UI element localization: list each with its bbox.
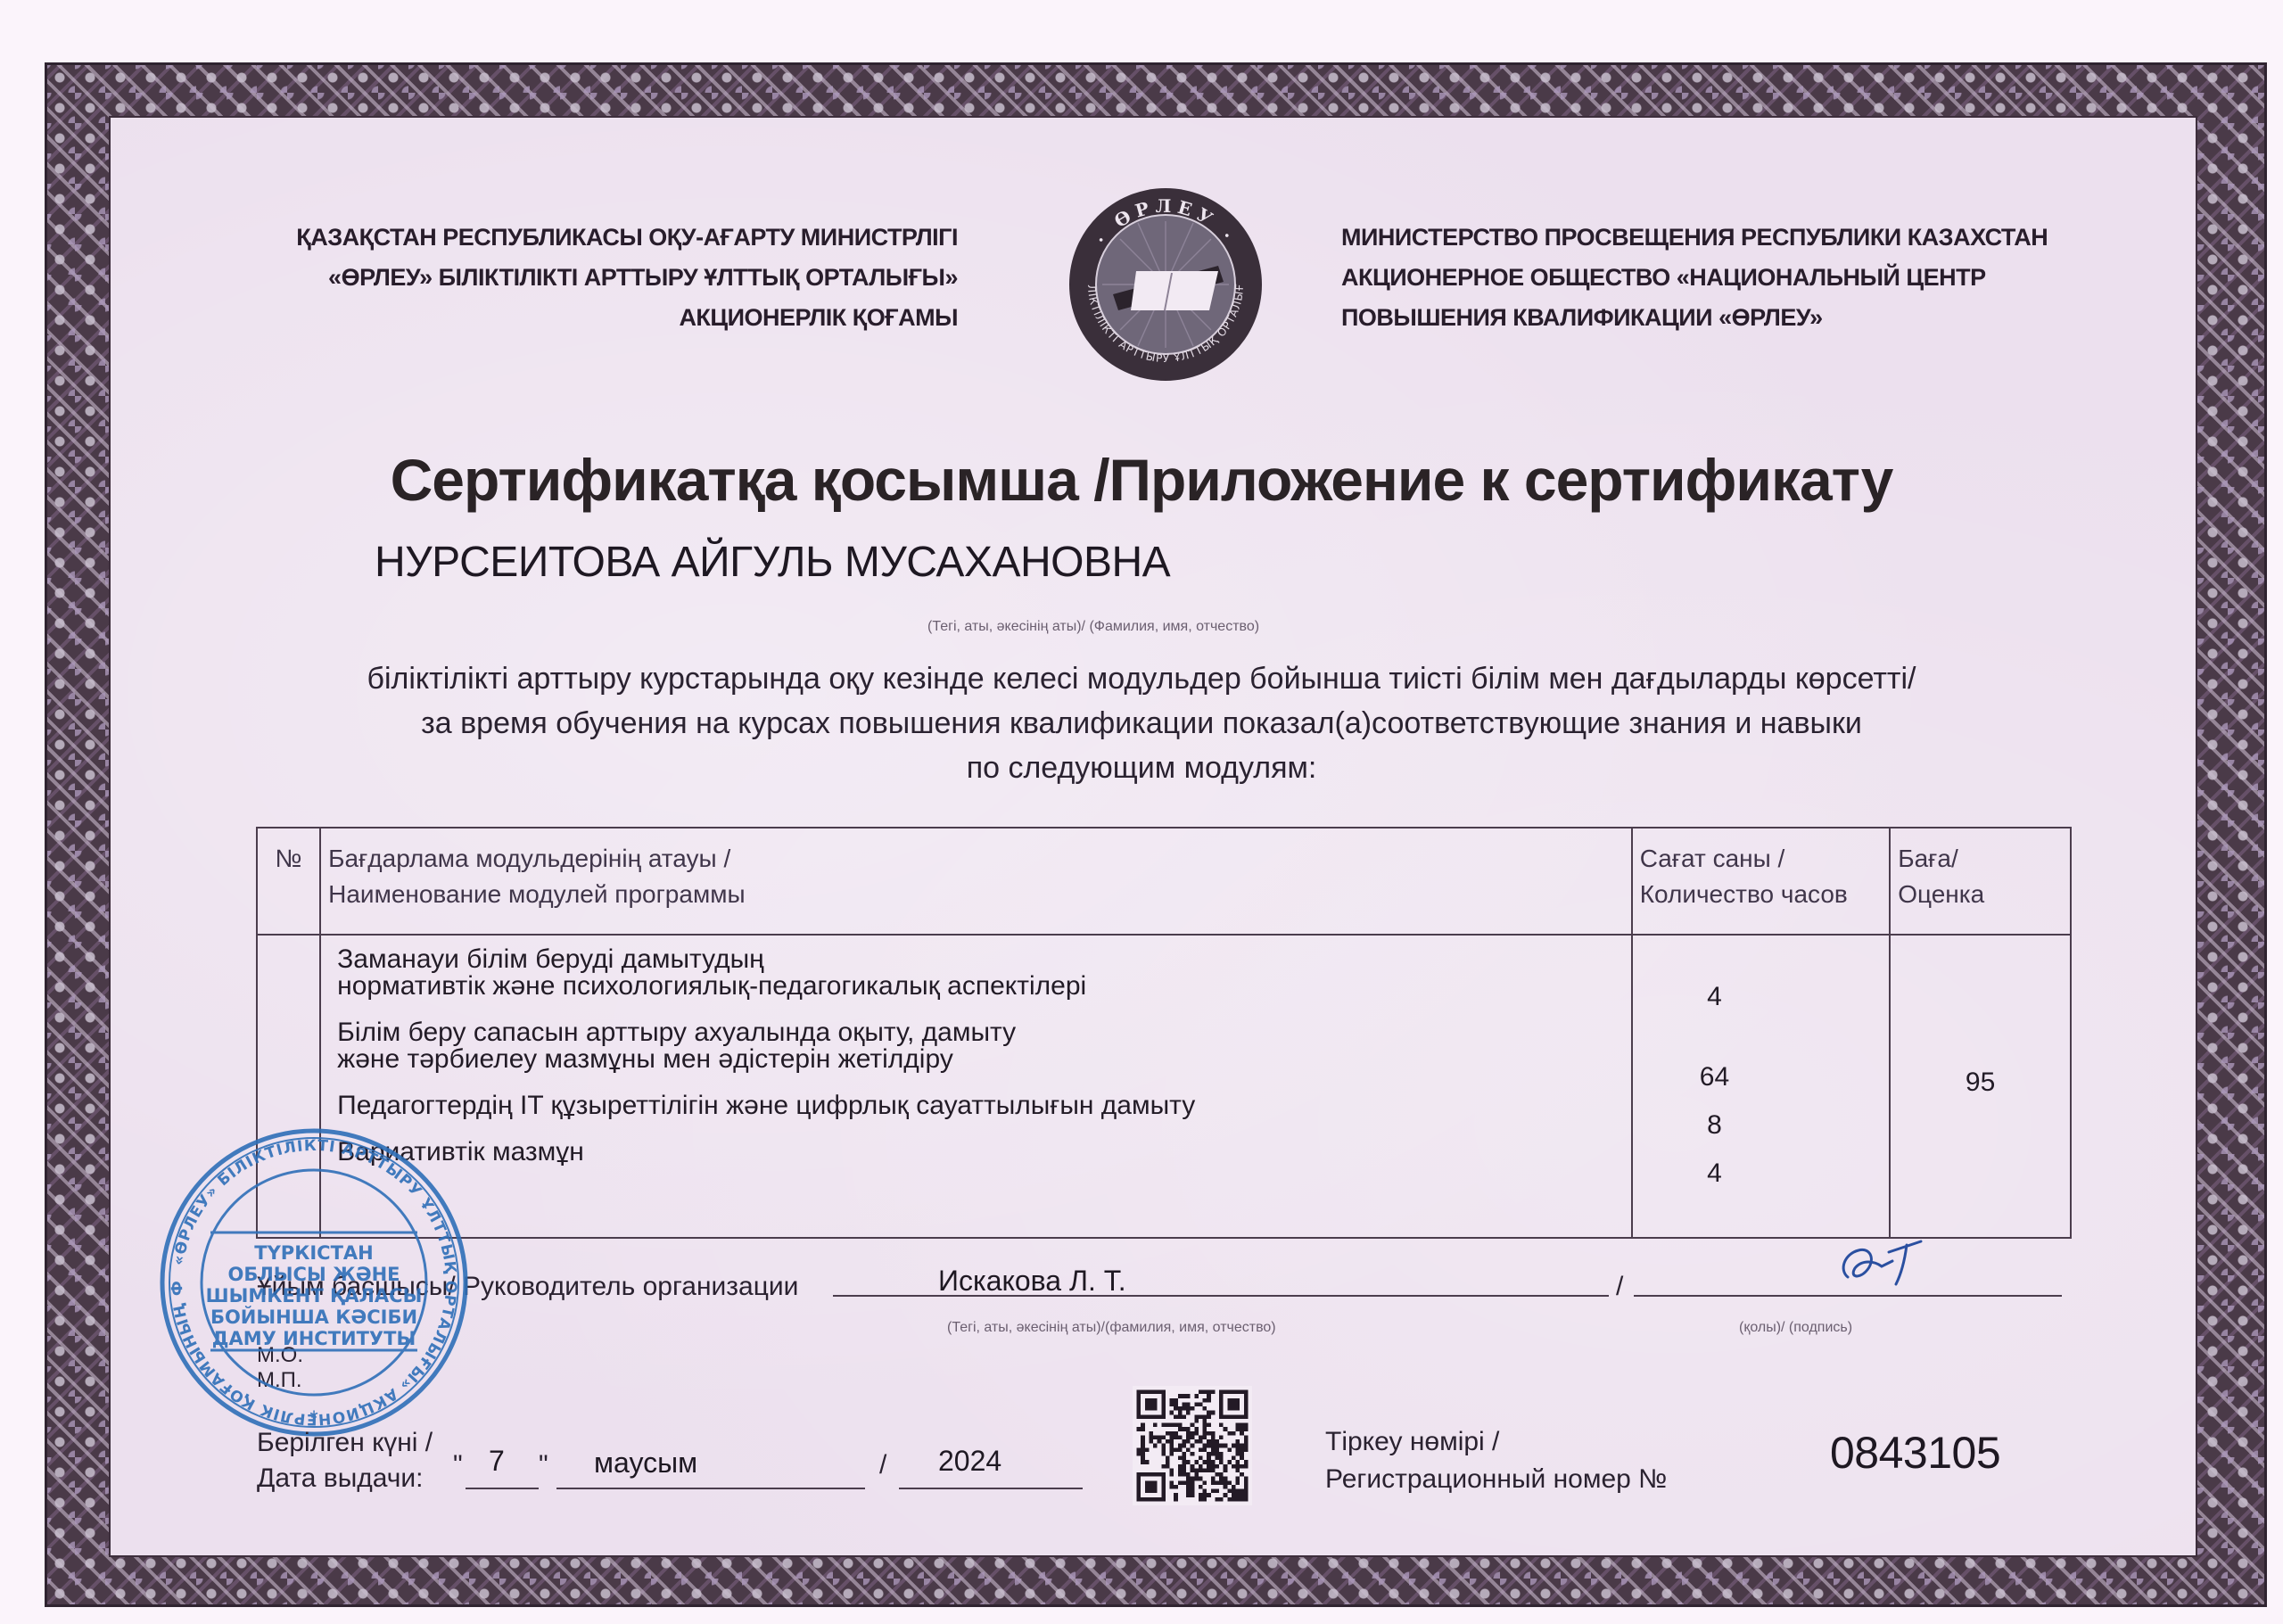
header-number: № bbox=[257, 828, 320, 935]
final-grade: 95 bbox=[1891, 1068, 2070, 1098]
header-kazakh: ҚАЗАҚСТАН РЕСПУБЛИКАСЫ ОҚУ-АҒАРТУ МИНИСТ… bbox=[262, 218, 958, 338]
header-kz-line: АКЦИОНЕРЛІК ҚОҒАМЫ bbox=[262, 298, 958, 338]
module-names-cell: Заманауи білім беруді дамытудың норматив… bbox=[320, 935, 1632, 1238]
module-hours: 8 bbox=[1587, 1110, 1843, 1141]
day-line bbox=[466, 1488, 539, 1489]
intro-line: біліктілікті арттыру курстарында оқу кез… bbox=[268, 656, 2015, 701]
registration-label: Тіркеу нөмірі / Регистрационный номер № bbox=[1325, 1423, 1667, 1498]
signatory-name-hint: (Тегі, аты, әкесінің аты)/(фамилия, имя,… bbox=[947, 1320, 1276, 1336]
open-book-emblem-icon: · ӨРЛЕУ · БІЛІКТІЛІКТІ АРТТЫРУ ҰЛТТЫҚ ОР… bbox=[1067, 185, 1265, 383]
signatory-name: Искакова Л. Т. bbox=[938, 1265, 1126, 1298]
month-line bbox=[556, 1488, 865, 1489]
svg-text:ТҮРКІСТАН: ТҮРКІСТАН bbox=[254, 1242, 373, 1264]
intro-line: по следующим модулям: bbox=[268, 746, 2015, 790]
module-hours: 4 bbox=[1587, 1158, 1843, 1189]
svg-text:БОЙЫНША КӘСІБИ: БОЙЫНША КӘСІБИ bbox=[210, 1306, 417, 1328]
recipient-name: НУРСЕИТОВА АЙГУЛЬ МУСАХАНОВНА bbox=[375, 538, 1170, 587]
date-separator: / bbox=[879, 1450, 886, 1480]
issue-year: 2024 bbox=[938, 1445, 1001, 1478]
header-hours: Сағат саны / Количество часов bbox=[1632, 828, 1891, 935]
svg-text:ДАМУ ИНСТИТУТЫ: ДАМУ ИНСТИТУТЫ bbox=[212, 1328, 416, 1349]
issue-month: маусым bbox=[594, 1447, 697, 1480]
signature-separator: / bbox=[1616, 1272, 1623, 1302]
hours-cell: 4 64 8 4 bbox=[1632, 935, 1891, 1238]
header-ru-line: АКЦИОНЕРНОЕ ОБЩЕСТВО «НАЦИОНАЛЬНЫЙ ЦЕНТР bbox=[1341, 258, 2090, 298]
issue-date-label: Берілген күні / Дата выдачи: bbox=[257, 1425, 433, 1496]
handwritten-signature-icon bbox=[1835, 1234, 1933, 1291]
header-kz-line: ҚАЗАҚСТАН РЕСПУБЛИКАСЫ ОҚУ-АҒАРТУ МИНИСТ… bbox=[262, 218, 958, 258]
header-module-name: Бағдарлама модульдерінің атауы / Наимено… bbox=[320, 828, 1632, 935]
year-line bbox=[899, 1488, 1083, 1489]
table-header-row: № Бағдарлама модульдерінің атауы / Наиме… bbox=[257, 828, 2071, 935]
module-name: Педагогтердің IT құзыреттілігін және циф… bbox=[337, 1092, 1615, 1119]
recipient-name-hint: (Тегі, аты, әкесінің аты)/ (Фамилия, имя… bbox=[927, 619, 1259, 635]
intro-line: за время обучения на курсах повышения кв… bbox=[268, 701, 2015, 746]
module-name: Заманауи білім беруді дамытудың норматив… bbox=[337, 946, 1615, 1000]
close-quote: " bbox=[539, 1450, 548, 1480]
open-quote: " bbox=[453, 1450, 463, 1480]
header-grade: Баға/ Оценка bbox=[1890, 828, 2071, 935]
header-kz-line: «ӨРЛЕУ» БІЛІКТІЛІКТІ АРТТЫРУ ҰЛТТЫҚ ОРТА… bbox=[262, 258, 958, 298]
module-name: Вариативтік мазмұн bbox=[337, 1139, 1615, 1166]
document-title: Сертификатқа қосымша /Приложение к серти… bbox=[214, 446, 2069, 514]
header-ru-line: ПОВЫШЕНИЯ КВАЛИФИКАЦИИ «ӨРЛЕУ» bbox=[1341, 298, 2090, 338]
qr-code-icon[interactable] bbox=[1133, 1386, 1252, 1505]
signature-hint: (қолы)/ (подпись) bbox=[1739, 1320, 1852, 1336]
intro-text: біліктілікті арттыру курстарында оқу кез… bbox=[268, 656, 2015, 790]
module-hours: 64 bbox=[1587, 1062, 1843, 1092]
issue-day: 7 bbox=[489, 1445, 505, 1478]
svg-text:ОБЛЫСЫ ЖӘНЕ: ОБЛЫСЫ ЖӘНЕ bbox=[228, 1264, 400, 1285]
official-stamp-icon: «ӨРЛЕУ» БІЛІКТІЛІКТІ АРТТЫРУ ҰЛТТЫҚ ОРТА… bbox=[157, 1125, 471, 1439]
svg-text:ШЫМКЕНТ ҚАЛАСЫ: ШЫМКЕНТ ҚАЛАСЫ bbox=[206, 1285, 423, 1307]
grade-cell: 95 bbox=[1890, 935, 2071, 1238]
header-ru-line: МИНИСТЕРСТВО ПРОСВЕЩЕНИЯ РЕСПУБЛИКИ КАЗА… bbox=[1341, 218, 2090, 258]
modules-table: № Бағдарлама модульдерінің атауы / Наиме… bbox=[256, 827, 2072, 1239]
header-russian: МИНИСТЕРСТВО ПРОСВЕЩЕНИЯ РЕСПУБЛИКИ КАЗА… bbox=[1341, 218, 2090, 338]
table-row: Заманауи білім беруді дамытудың норматив… bbox=[257, 935, 2071, 1238]
registration-number: 0843105 bbox=[1830, 1427, 2000, 1479]
module-name: Білім беру сапасын арттыру ахуалында оқы… bbox=[337, 1019, 1615, 1073]
module-hours: 4 bbox=[1587, 982, 1843, 1012]
